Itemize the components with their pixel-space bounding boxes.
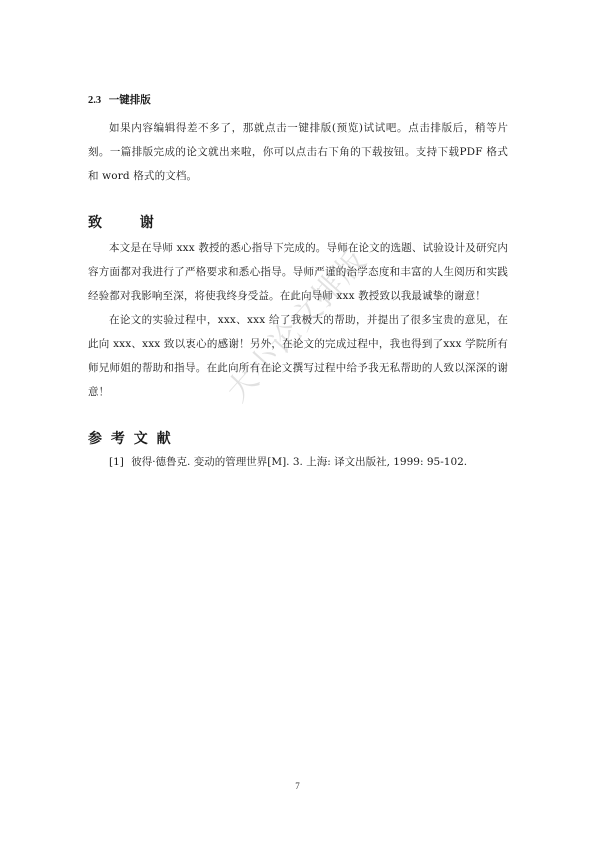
acknowledgement-paragraph: 本文是在导师 xxx 教授的悉心指导下完成的。导师在论文的选题、试验设计及研究内… <box>88 236 508 308</box>
page-number: 7 <box>0 781 595 791</box>
acknowledgement-heading: 致 谢 <box>88 212 508 234</box>
acknowledgement-paragraph: 在论文的实验过程中，xxx、xxx 给了我极大的帮助，并提出了很多宝贵的意见，在… <box>88 308 508 404</box>
references-section: 参 考 文 献 [1] 彼得·德鲁克. 变动的管理世界[M]. 3. 上海: 译… <box>88 428 508 472</box>
section-title: 一键排版 <box>109 94 151 106</box>
page-content: 2.3 一键排版 如果内容编辑得差不多了，那就点击一键排版(预览)试试吧。点击排… <box>88 92 508 472</box>
acknowledgement-section: 致 谢 本文是在导师 xxx 教授的悉心指导下完成的。导师在论文的选题、试验设计… <box>88 212 508 404</box>
section-heading: 2.3 一键排版 <box>88 92 508 108</box>
document-page: 大小论文排版 2.3 一键排版 如果内容编辑得差不多了，那就点击一键排版(预览)… <box>0 0 595 842</box>
section-paragraph: 如果内容编辑得差不多了，那就点击一键排版(预览)试试吧。点击排版后，稍等片刻。一… <box>88 116 508 188</box>
reference-item: [1] 彼得·德鲁克. 变动的管理世界[M]. 3. 上海: 译文出版社, 19… <box>88 452 508 472</box>
section-2-3: 2.3 一键排版 如果内容编辑得差不多了，那就点击一键排版(预览)试试吧。点击排… <box>88 92 508 188</box>
reference-index: [1] <box>109 456 124 468</box>
references-heading: 参 考 文 献 <box>88 428 508 450</box>
section-number: 2.3 <box>88 95 101 106</box>
reference-text: 彼得·德鲁克. 变动的管理世界[M]. 3. 上海: 译文出版社, 1999: … <box>131 456 467 468</box>
